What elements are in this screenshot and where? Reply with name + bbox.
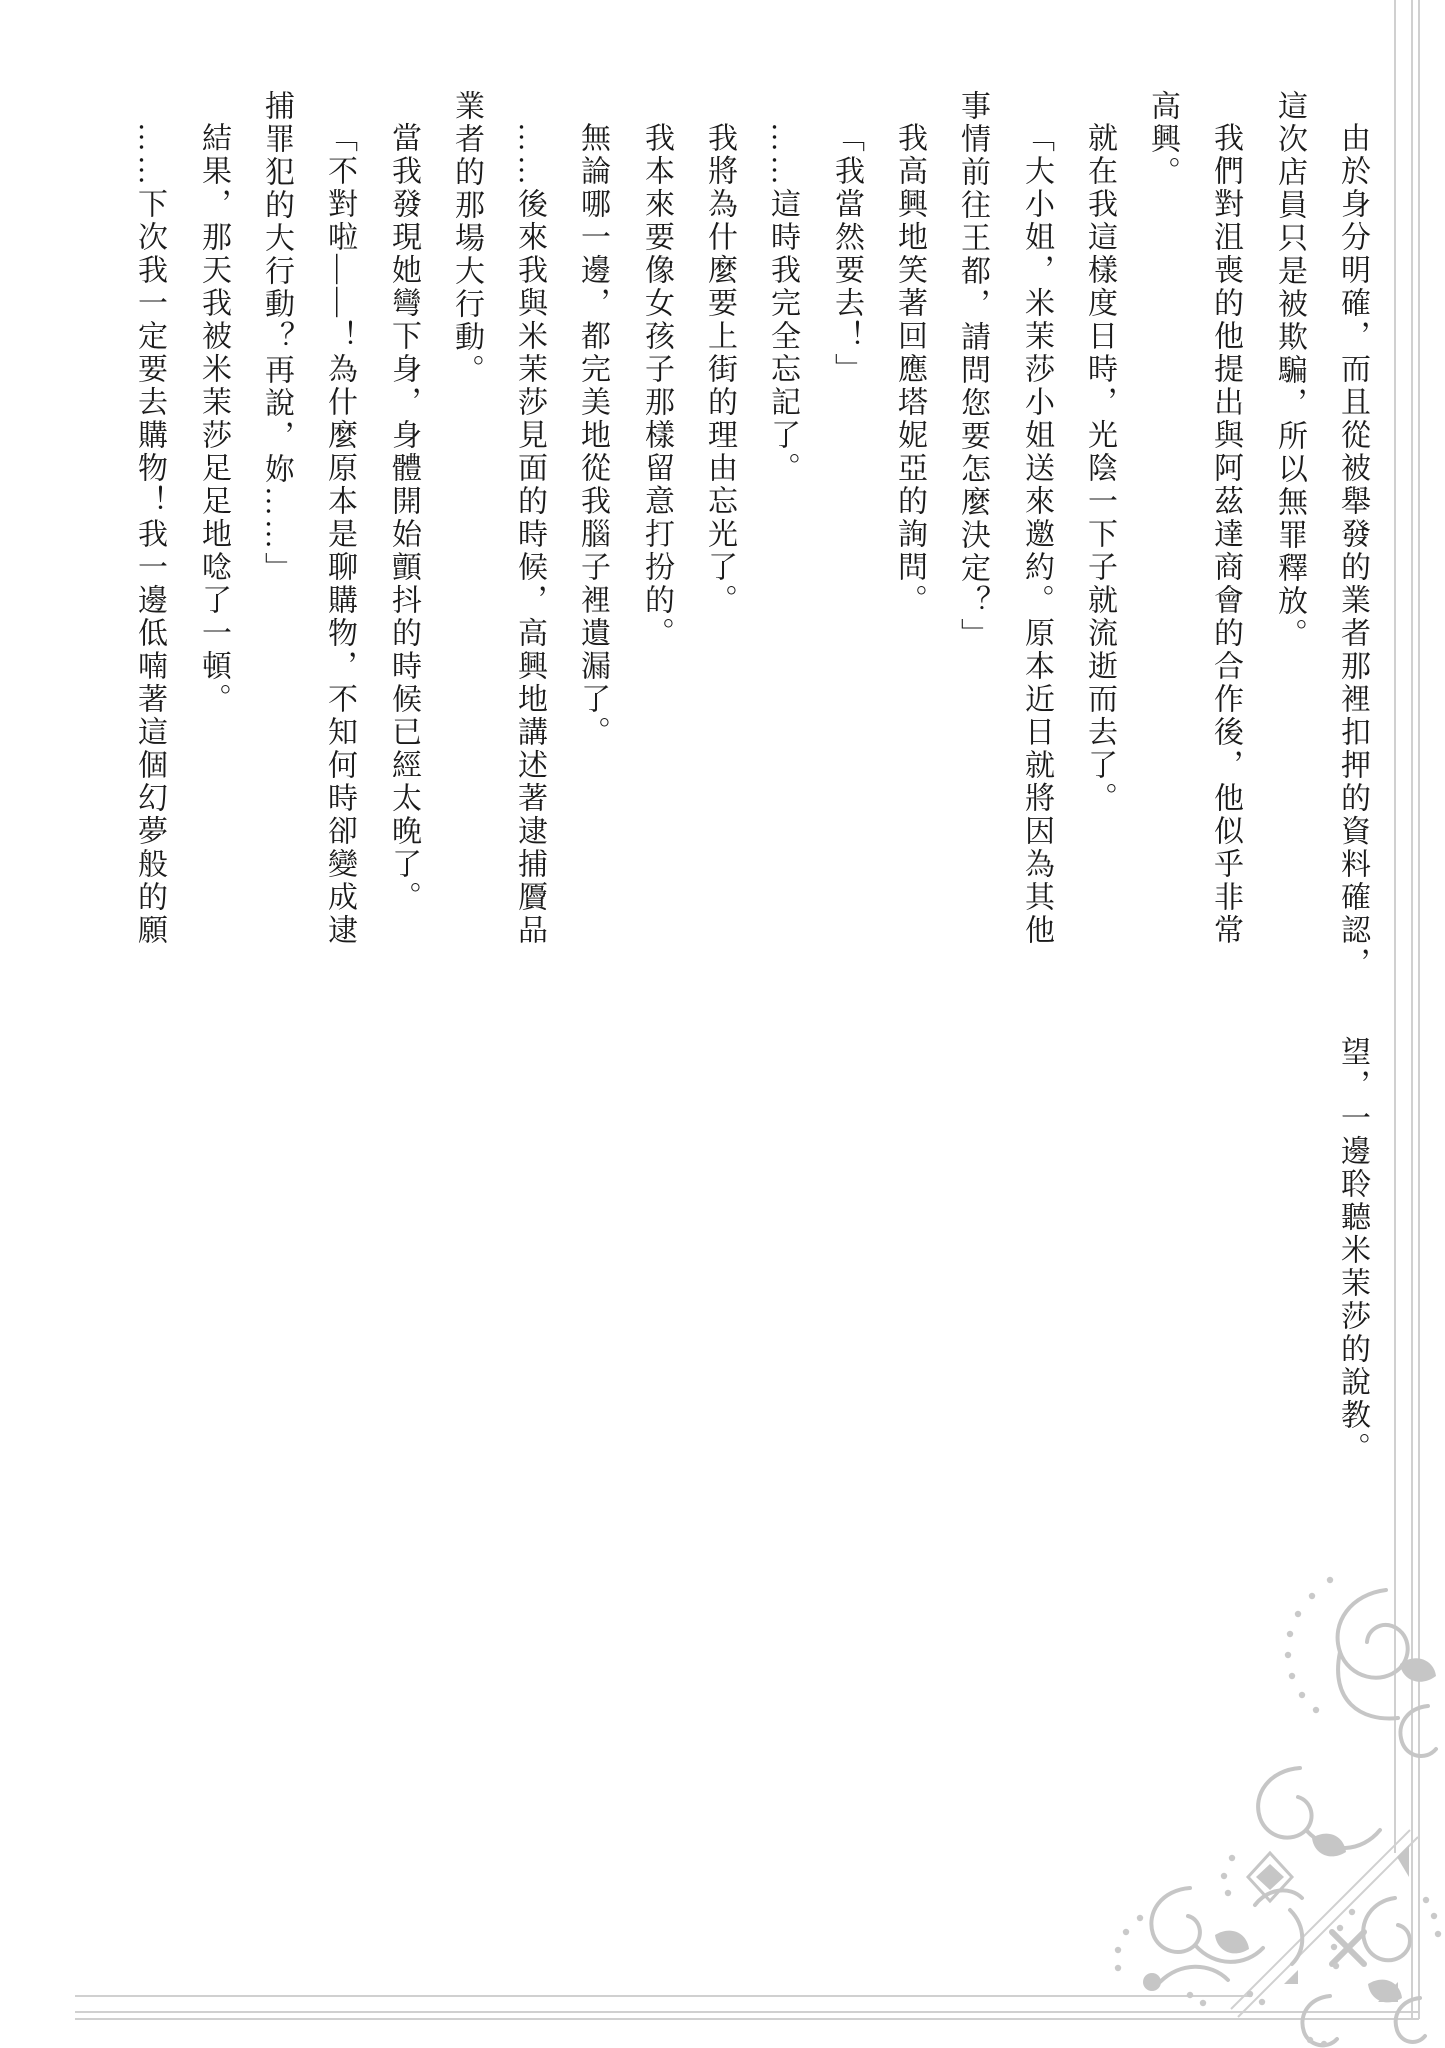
text-column: 「不對啦——！為什麼原本是聊購物，不知何時卻變成逮 (322, 122, 356, 947)
text-column: 我將為什麼要上街的理由忘光了。 (702, 122, 736, 617)
text-column: 由於身分明確，而且從被舉發的業者那裡扣押的資料確認， (1335, 122, 1369, 980)
text-column: 無論哪一邊，都完美地從我腦子裡遺漏了。 (575, 122, 609, 749)
text-column: ……下次我一定要去購物！我一邊低喃著這個幻夢般的願 (132, 122, 166, 947)
text-column: 我們對沮喪的他提出與阿茲達商會的合作後，他似乎非常 (1208, 122, 1242, 947)
text-column: 這次店員只是被欺騙，所以無罪釋放。 (1272, 90, 1306, 651)
text-column: 我本來要像女孩子那樣留意打扮的。 (639, 122, 673, 650)
text-column: ……這時我完全忘記了。 (765, 122, 799, 485)
text-column: 事情前往王都，請問您要怎麼決定？」 (955, 90, 989, 651)
text-column: 捕罪犯的大行動？再說，妳……」 (259, 90, 293, 585)
text-column: 結果，那天我被米茉莎足足地唸了一頓。 (196, 122, 230, 716)
text-column: 當我發現她彎下身，身體開始顫抖的時候已經太晚了。 (386, 122, 420, 914)
text-column: 就在我這樣度日時，光陰一下子就流逝而去了。 (1082, 122, 1116, 815)
text-column-overflow: 望，一邊聆聽米茉莎的說教。 (1335, 1036, 1369, 1465)
text-column: ……後來我與米茉莎見面的時候，高興地講述著逮捕贗品 (512, 122, 546, 947)
text-column: 「我當然要去！」 (829, 122, 863, 386)
text-column: 高興。 (1145, 90, 1179, 189)
body-text: 由於身分明確，而且從被舉發的業者那裡扣押的資料確認， 這次店員只是被欺騙，所以無… (0, 0, 1445, 2048)
text-column: 業者的那場大行動。 (449, 90, 483, 387)
text-column: 「大小姐，米茉莎小姐送來邀約。原本近日就將因為其他 (1019, 122, 1053, 947)
novel-page: 由於身分明確，而且從被舉發的業者那裡扣押的資料確認， 這次店員只是被欺騙，所以無… (0, 0, 1445, 2048)
text-column: 我高興地笑著回應塔妮亞的詢問。 (892, 122, 926, 617)
